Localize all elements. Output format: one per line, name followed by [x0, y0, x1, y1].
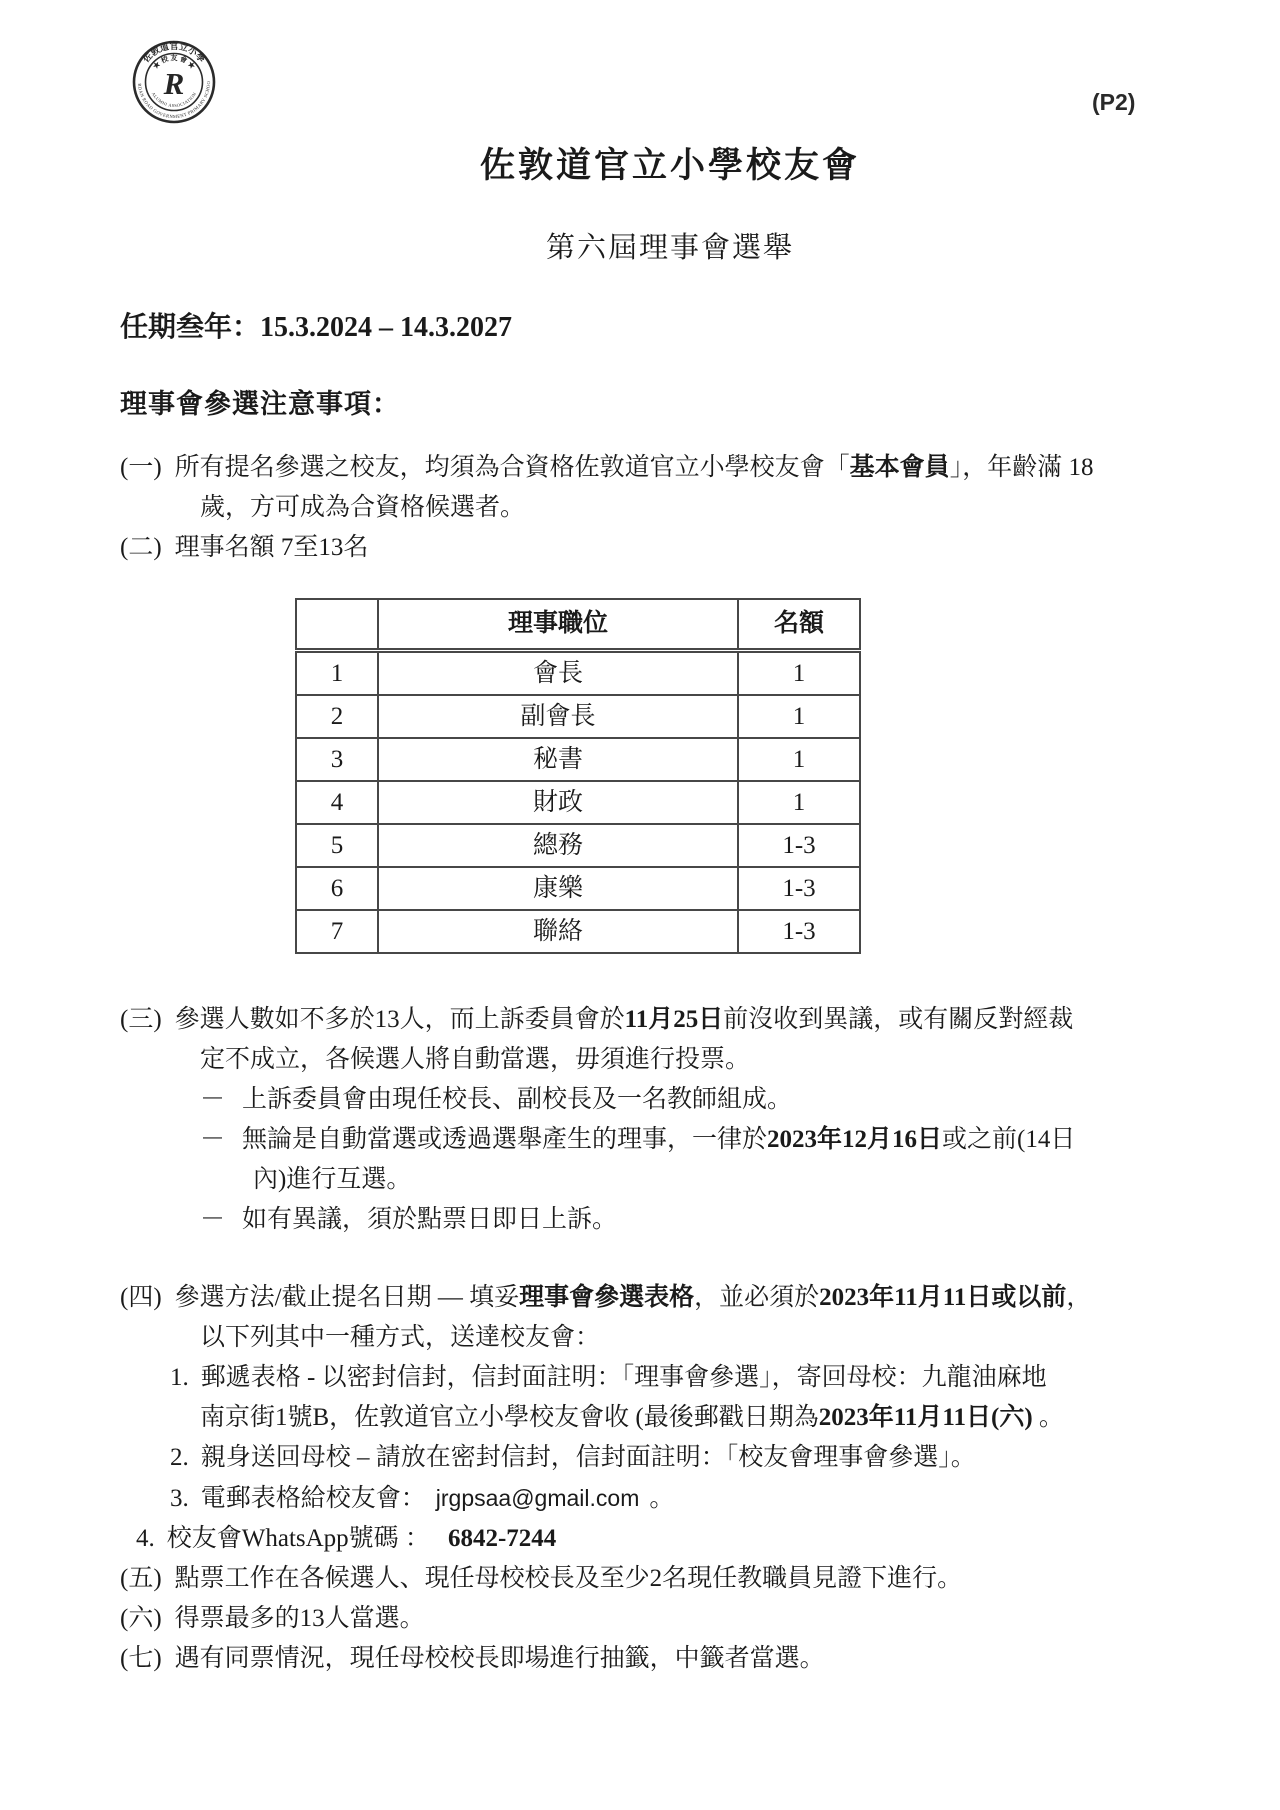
notice-item-4: (四)參選方法/截止提名日期 — 填妥理事會參選表格，並必須於2023年11月1… [120, 1278, 1220, 1559]
deadline-nov25-bold: 11月25日 [625, 1006, 724, 1033]
method-2-number: 2. [170, 1444, 189, 1471]
election-form-bold: 理事會參選表格 [519, 1284, 694, 1311]
page-title: 佐敦道官立小學校友會 [120, 0, 1220, 186]
item-3-bullet-3: －如有異議，須於點票日即日上訴。 [120, 1200, 1220, 1240]
table-row: 2 副會長 1 [296, 695, 860, 738]
document-content: 佐敦道官立小學校友會 第六屆理事會選舉 任期叁年：15.3.2024 – 14.… [0, 0, 1280, 1679]
method-1-mail: 1.郵遞表格 - 以密封信封，信封面註明：「理事會參選」，寄回母校：九龍油麻地 [120, 1358, 1220, 1398]
item-4-continuation: 以下列其中一種方式，送達校友會： [120, 1318, 1220, 1358]
method-3-number: 3. [170, 1485, 189, 1512]
item-7-marker: (七) [120, 1645, 162, 1672]
page-number: (P2) [1092, 82, 1135, 122]
notice-item-2: (二)理事名額 7至13名 [120, 528, 1220, 568]
item-1-continuation: 歲，方可成為合資格候選者。 [120, 488, 1220, 528]
notice-item-7: (七)遇有同票情況，現任母校校長即場進行抽籤，中籤者當選。 [120, 1639, 1220, 1679]
document-page: (P2) 佐敦道官立小學 ★ 校 友 會 ★ JORDAN ROAD GOVER… [0, 0, 1280, 1810]
term-of-office-line: 任期叁年：15.3.2024 – 14.3.2027 [120, 308, 1220, 348]
whatsapp-number: 6842-7244 [448, 1525, 556, 1552]
notice-item-5: (五)點票工作在各候選人、現任母校校長及至少2名現任教職員見證下進行。 [120, 1559, 1220, 1599]
school-seal-logo: 佐敦道官立小學 ★ 校 友 會 ★ JORDAN ROAD GOVERNMENT… [132, 40, 216, 124]
item-5-marker: (五) [120, 1565, 162, 1592]
table-row: 6 康樂 1-3 [296, 867, 860, 910]
item-3-bullet-1: －上訴委員會由現任校長、副校長及一名教師組成。 [120, 1080, 1220, 1120]
method-1-number: 1. [170, 1364, 189, 1391]
notice-item-1: (一)所有提名參選之校友，均須為合資格佐敦道官立小學校友會「基本會員」，年齡滿 … [120, 448, 1220, 528]
table-row: 3 秘書 1 [296, 738, 860, 781]
table-row: 5 總務 1-3 [296, 824, 860, 867]
page-subtitle: 第六屆理事會選舉 [120, 228, 1220, 268]
table-header-row: 理事職位 名額 [296, 599, 860, 651]
item-1-marker: (一) [120, 454, 162, 481]
item-3-marker: (三) [120, 1006, 162, 1033]
item-4-marker: (四) [120, 1284, 162, 1311]
item-2-marker: (二) [120, 534, 162, 561]
item-3-continuation: 定不成立，各候選人將自動當選，毋須進行投票。 [120, 1040, 1220, 1080]
item-6-marker: (六) [120, 1605, 162, 1632]
basic-member-bold: 基本會員 [850, 454, 950, 481]
col-quota-header: 名額 [738, 599, 860, 651]
method-4-number: 4. [136, 1525, 155, 1552]
notice-item-6: (六)得票最多的13人當選。 [120, 1599, 1220, 1639]
item-3-bullet-2: －無論是自動當選或透過選舉產生的理事，一律於2023年12月16日或之前(14日 [120, 1120, 1220, 1160]
quota-table: 理事職位 名額 1 會長 1 2 副會長 1 3 秘書 1 [295, 598, 861, 954]
item-3-bullet-2-continuation: 內)進行互選。 [120, 1160, 1220, 1200]
table-row: 1 會長 1 [296, 651, 860, 696]
item-2-text: 理事名額 7至13名 [175, 534, 369, 561]
dash-bullet: － [200, 1086, 225, 1113]
dash-bullet: － [200, 1206, 225, 1233]
date-dec16-bold: 2023年12月16日 [767, 1126, 942, 1153]
method-1-continuation: 南京街1號B，佐敦道官立小學校友會收 (最後郵戳日期為2023年11月11日(六… [120, 1398, 1220, 1438]
item-1-text: 所有提名參選之校友，均須為合資格佐敦道官立小學校友會「 [175, 454, 850, 481]
seal-monogram: R [163, 66, 185, 101]
deadline-nov11-bold: 2023年11月11日或以前 [819, 1284, 1066, 1311]
method-2-in-person: 2.親身送回母校 – 請放在密封信封，信封面註明：「校友會理事會參選」。 [120, 1438, 1220, 1478]
dash-bullet: － [200, 1126, 225, 1153]
postmark-date-bold: 2023年11月11日(六) [819, 1404, 1033, 1431]
col-blank [296, 599, 378, 651]
table-row: 4 財政 1 [296, 781, 860, 824]
email-address: jrgpsaa@gmail.com [436, 1485, 640, 1511]
method-4-whatsapp: 4.校友會WhatsApp號碼 ：6842-7244 [120, 1519, 1220, 1559]
seal-icon: 佐敦道官立小學 ★ 校 友 會 ★ JORDAN ROAD GOVERNMENT… [132, 40, 216, 124]
col-position-header: 理事職位 [378, 599, 738, 651]
notice-heading: 理事會參選注意事項： [120, 384, 1220, 424]
table-row: 7 聯絡 1-3 [296, 910, 860, 953]
notice-item-3: (三)參選人數如不多於13人，而上訴委員會於11月25日前沒收到異議，或有關反對… [120, 1000, 1220, 1240]
method-3-email: 3.電郵表格給校友會：jrgpsaa@gmail.com。 [120, 1478, 1220, 1519]
